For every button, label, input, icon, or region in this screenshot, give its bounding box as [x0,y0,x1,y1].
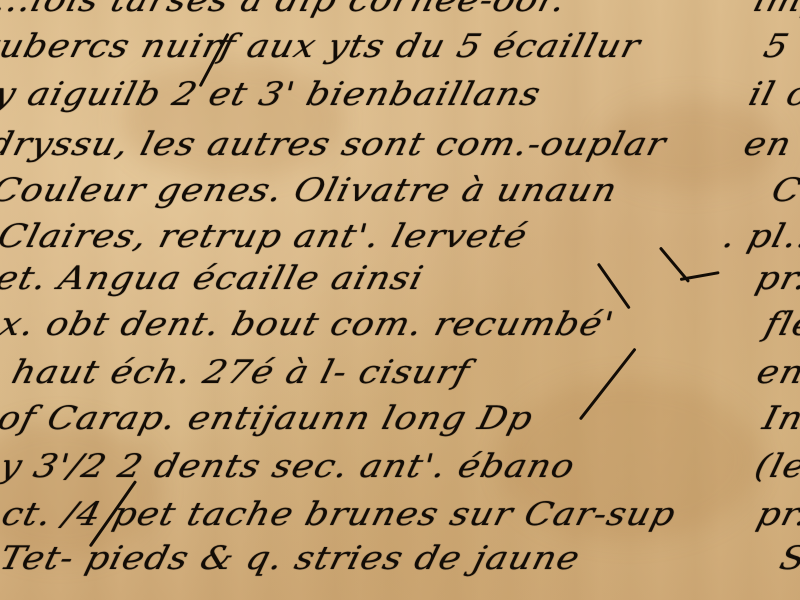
line-margin-text: il c... [745,76,800,113]
line-margin-text: imp... [750,0,800,19]
line-text: Couleur genes. Olivatre à unaun [0,172,621,209]
line-margin-text: fle... [761,306,800,343]
manuscript-page: ...lois tarses à dip cornée-oor. imp... … [0,0,800,600]
line-margin-text: S... [776,540,800,577]
line-text: tubercs nuirf aux yts du 5 écaillur [0,28,644,65]
line-margin-text: pr... [752,260,800,297]
manuscript-line: Claires, retrup ant'. lerveté . pl... [0,218,800,255]
manuscript-line: Couleur genes. Olivatre à unaun Ca... [0,172,800,209]
manuscript-line: y 3'/2 2 dents sec. ant'. ébano (le... [0,448,800,485]
manuscript-line: Tet- pieds & q. stries de jaune S... [0,540,800,577]
line-margin-text: en [740,126,796,163]
line-margin-text: 5 [760,28,793,65]
line-margin-text: en [753,354,800,391]
line-margin-text: pr... [753,496,800,533]
line-margin-text: . pl... [719,218,800,255]
line-text: et. Angua écaille ainsi [0,260,428,297]
manuscript-line: tubercs nuirf aux yts du 5 écaillur 5 [0,28,800,65]
line-text: y 3'/2 2 dents sec. ant'. ébano [0,448,579,485]
line-margin-text: (le... [751,448,800,485]
manuscript-line: x. obt dent. bout com. recumbé' fle... [0,306,800,343]
manuscript-line: haut éch. 27é à l- cisurf en [8,354,800,391]
line-text: of Carap. entijaunn long Dp [0,400,537,437]
manuscript-line: y aiguilb 2 et 3' bienbaillans il c... [0,76,800,113]
line-margin-text: Ca... [768,172,800,209]
line-text: x. obt dent. bout com. recumbé' [0,306,618,343]
line-text: Claires, retrup ant'. lerveté [0,218,531,255]
line-margin-text: In... [759,400,800,437]
line-text: dryssu, les autres sont com.-ouplar [0,126,670,163]
manuscript-line: dryssu, les autres sont com.-ouplar en [0,126,800,163]
manuscript-line: ...lois tarses à dip cornée-oor. imp... [0,0,800,19]
paper-stain [0,420,160,560]
line-text: ...lois tarses à dip cornée-oor. [0,0,570,19]
line-text: y aiguilb 2 et 3' bienbaillans [0,76,545,113]
line-text: haut éch. 27é à l- cisurf [8,354,474,391]
manuscript-line: of Carap. entijaunn long Dp In... [0,400,800,437]
line-text: Tet- pieds & q. stries de jaune [0,540,584,577]
